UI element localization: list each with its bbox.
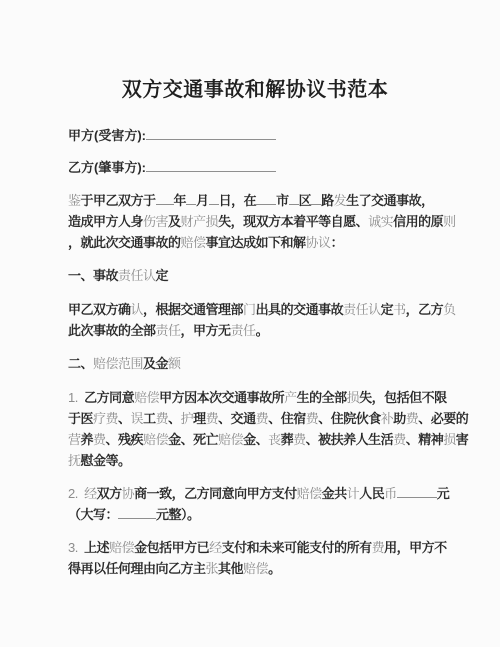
party-b-line: 乙方(肇事方): — [68, 158, 442, 178]
text-run: 金、 — [243, 432, 268, 447]
doc-line: 1. 乙方同意赔偿甲方因本次交通事故所产生的全部损失，包括但不限 — [68, 387, 442, 408]
text-run: 发 — [334, 193, 347, 208]
text-run: 2. — [68, 486, 84, 501]
text-run: 损 — [347, 390, 360, 405]
text-run: 信用的原 — [393, 214, 443, 229]
text-run: 元整）。 — [156, 507, 200, 522]
text-run: 责任认 — [118, 268, 156, 283]
text-run: 费 — [156, 411, 169, 426]
text-run: 年 — [174, 193, 187, 208]
text-run: 此次事故的全部 — [68, 323, 156, 338]
text-run: ，就此次交通事故的 — [68, 235, 181, 250]
text-run: 甲方(受害方): — [68, 128, 146, 143]
text-run: 赔偿 — [134, 390, 159, 405]
text-run: 助 — [393, 411, 406, 426]
text-run: 一、事故 — [68, 268, 118, 283]
text-run: 出具的交通事故 — [256, 302, 344, 317]
text-run: 门 — [243, 302, 256, 317]
text-run: 费 — [93, 432, 106, 447]
text-run: 得再以任何理由向乙方主 — [68, 561, 206, 576]
text-run: 认 — [131, 302, 144, 317]
text-run: 伤害 — [143, 214, 168, 229]
text-run: 金包括甲方已 — [134, 540, 209, 555]
text-run: （大写： — [68, 507, 118, 522]
text-run: 计 — [347, 486, 360, 501]
text-run: 财产损 — [181, 214, 219, 229]
text-run: 费 — [406, 411, 419, 426]
text-run: 费 — [293, 432, 306, 447]
text-run: 营 — [68, 432, 81, 447]
text-run: 、住院伙食 — [318, 411, 381, 426]
text-run: 双方 — [97, 486, 122, 501]
text-run: 支付和未来可能支付的所有 — [222, 540, 372, 555]
text-run: 补 — [381, 411, 394, 426]
settlement-agreement-page: 双方交通事故和解协议书范本 甲方(受害方):乙方(肇事方):鉴于甲乙双方于年月日… — [0, 0, 500, 647]
blank-underline — [186, 191, 196, 205]
text-run: ，甲方无 — [181, 323, 231, 338]
doc-line: ，就此次交通事故的赔偿事宜达成如下和解协议： — [68, 232, 442, 253]
text-run: 书 — [393, 302, 406, 317]
doc-line: 抚慰金等。 — [68, 450, 442, 471]
text-run: 赔偿 — [181, 235, 206, 250]
text-run: 市 — [276, 193, 289, 208]
text-run: 工 — [143, 411, 156, 426]
text-run: 、住宿 — [268, 411, 306, 426]
document-title: 双方交通事故和解协议书范本 — [68, 78, 442, 103]
section-2-heading: 二、赔偿范围及金额 — [68, 353, 442, 374]
text-run: 则 — [443, 214, 456, 229]
doc-line: 此次事故的全部责任，甲方无责任。 — [68, 320, 442, 341]
text-run: ： — [331, 235, 344, 250]
text-run: 误 — [131, 411, 144, 426]
blank-underline — [146, 158, 276, 172]
text-run: 赔偿范围 — [93, 356, 143, 371]
text-run: 疗费 — [93, 411, 118, 426]
text-run: 、交通 — [218, 411, 256, 426]
preamble: 鉴于甲乙双方于年月日，在市区路发生了交通事故，造成甲方人身伤害及财产损失，现双方… — [68, 190, 442, 253]
text-run: 赔偿 — [109, 540, 134, 555]
text-run: 经 — [209, 540, 222, 555]
text-run: 、 — [168, 411, 181, 426]
doc-line: 造成甲方人身伤害及财产损失，现双方本着平等自愿、诚实信用的原则 — [68, 211, 442, 232]
text-run: 赔偿 — [143, 432, 168, 447]
text-run: 上述 — [84, 540, 109, 555]
doc-line: 鉴于甲乙双方于年月日，在市区路发生了交通事故， — [68, 190, 442, 211]
text-run: 其他 — [218, 561, 243, 576]
text-run: 费 — [256, 411, 269, 426]
text-run: 葬 — [281, 432, 294, 447]
text-run: 造成甲方人身 — [68, 214, 143, 229]
text-run: 于甲乙双方于 — [81, 193, 156, 208]
text-run: 抚 — [68, 453, 81, 468]
doc-line: 一、事故责任认定 — [68, 265, 442, 286]
text-run: 乙方同意 — [84, 390, 134, 405]
text-run: 月 — [196, 193, 209, 208]
doc-line: 甲方(受害方): — [68, 126, 442, 146]
text-run: 、被扶养人生活 — [306, 432, 394, 447]
text-run: 护 — [181, 411, 194, 426]
text-run: 事宜达成如下和解 — [206, 235, 306, 250]
text-run: 责任 — [231, 323, 256, 338]
text-run: 币 — [384, 486, 397, 501]
blank-underline — [156, 191, 174, 205]
text-run: 、必要的 — [418, 411, 468, 426]
section-1-body: 甲乙双方确认，根据交通管理部门出具的交通事故责任认定书，乙方负此次事故的全部责任… — [68, 299, 442, 341]
text-run: 。 — [256, 323, 269, 338]
blank-underline — [256, 191, 276, 205]
doc-line: 2. 经双方协商一致，乙方同意向甲方支付赔偿金共计人民币元 — [68, 483, 442, 504]
text-run: 金共 — [322, 486, 347, 501]
text-run: 害 — [456, 432, 469, 447]
text-run: 慰金等。 — [81, 453, 131, 468]
text-run: 生了交通事故， — [346, 193, 434, 208]
blank-underline — [146, 126, 276, 140]
text-run: 二、 — [68, 356, 93, 371]
text-run: 费 — [372, 540, 385, 555]
doc-line: （大写：元整）。 — [68, 504, 442, 525]
text-run: 负 — [443, 302, 456, 317]
text-run: 损 — [443, 432, 456, 447]
text-run: 丧 — [268, 432, 281, 447]
text-run: 定 — [156, 268, 169, 283]
blank-underline — [118, 505, 156, 519]
text-run: 及 — [168, 214, 181, 229]
text-run: 产 — [284, 390, 297, 405]
text-run: 费 — [206, 411, 219, 426]
text-run: 费 — [306, 411, 319, 426]
doc-line: 3. 上述赔偿金包括甲方已经支付和未来可能支付的所有费用，甲方不 — [68, 537, 442, 558]
text-run: 协 — [122, 486, 135, 501]
text-run: 3. — [68, 540, 84, 555]
text-run: 赔偿 — [243, 561, 268, 576]
text-run: 用，甲方不 — [384, 540, 447, 555]
text-run: 人民 — [359, 486, 384, 501]
clause-2: 2. 经双方协商一致，乙方同意向甲方支付赔偿金共计人民币元（大写：元整）。 — [68, 483, 442, 525]
blank-underline — [209, 191, 219, 205]
text-run: 、残疾 — [106, 432, 144, 447]
doc-line: 乙方(肇事方): — [68, 158, 442, 178]
text-run: 失，现双方本着平等自愿、 — [218, 214, 368, 229]
text-run: 元 — [437, 486, 450, 501]
blank-underline — [397, 484, 437, 498]
text-run: 理 — [193, 411, 206, 426]
text-run: 日，在 — [219, 193, 257, 208]
text-run: 张 — [206, 561, 219, 576]
text-run: 失，包括但不限 — [359, 390, 447, 405]
text-run: 。 — [268, 561, 281, 576]
text-run: 生的全部 — [297, 390, 347, 405]
clause-3: 3. 上述赔偿金包括甲方已经支付和未来可能支付的所有费用，甲方不得再以任何理由向… — [68, 537, 442, 579]
blank-underline — [289, 191, 299, 205]
clause-1: 1. 乙方同意赔偿甲方因本次交通事故所产生的全部损失，包括但不限于医疗费、误工费… — [68, 387, 442, 471]
text-run: 甲乙双方确 — [68, 302, 131, 317]
text-run: 赔偿 — [297, 486, 322, 501]
text-run: 养 — [81, 432, 94, 447]
text-run: ，乙方 — [406, 302, 444, 317]
doc-line: 甲乙双方确认，根据交通管理部门出具的交通事故责任认定书，乙方负 — [68, 299, 442, 320]
text-run: 经 — [84, 486, 97, 501]
text-run: 责任认 — [343, 302, 381, 317]
text-run: 、精神 — [406, 432, 444, 447]
document-body: 甲方(受害方):乙方(肇事方):鉴于甲乙双方于年月日，在市区路发生了交通事故，造… — [68, 126, 442, 579]
text-run: 甲方因本次交通事故所 — [159, 390, 284, 405]
text-run: 于医 — [68, 411, 93, 426]
text-run: 额 — [168, 356, 181, 371]
blank-underline — [311, 191, 321, 205]
text-run: 商一致，乙方同意向甲方支付 — [134, 486, 297, 501]
doc-line: 营养费、残疾赔偿金、死亡赔偿金、丧葬费、被扶养人生活费、精神损害 — [68, 429, 442, 450]
doc-line: 二、赔偿范围及金额 — [68, 353, 442, 374]
text-run: ，根据交通管理部 — [143, 302, 243, 317]
text-run: 、 — [118, 411, 131, 426]
text-run: 诚实 — [368, 214, 393, 229]
text-run: 金、死亡 — [168, 432, 218, 447]
text-run: 及金 — [143, 356, 168, 371]
text-run: 责任 — [156, 323, 181, 338]
section-1-heading: 一、事故责任认定 — [68, 265, 442, 286]
text-run: 1. — [68, 390, 84, 405]
text-run: 协议 — [306, 235, 331, 250]
text-run: 费 — [393, 432, 406, 447]
text-run: 路 — [321, 193, 334, 208]
text-run: 区 — [299, 193, 312, 208]
text-run: 鉴 — [68, 193, 81, 208]
party-a-line: 甲方(受害方): — [68, 126, 442, 146]
doc-line: 于医疗费、误工费、护理费、交通费、住宿费、住院伙食补助费、必要的 — [68, 408, 442, 429]
doc-line: 得再以任何理由向乙方主张其他赔偿。 — [68, 558, 442, 579]
text-run: 乙方(肇事方): — [68, 160, 146, 175]
text-run: 赔偿 — [218, 432, 243, 447]
text-run: 定 — [381, 302, 394, 317]
